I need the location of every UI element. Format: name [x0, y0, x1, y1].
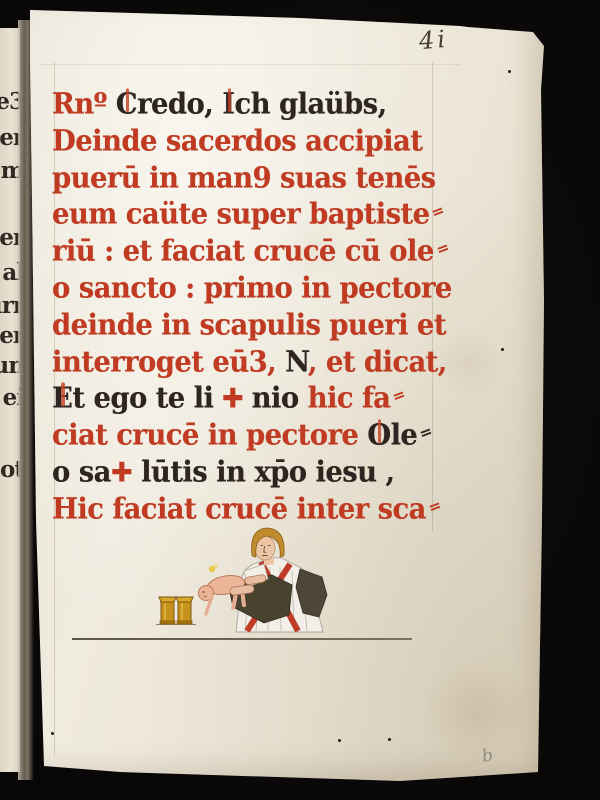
- text-segment: ciat crucē in pectore: [52, 419, 367, 452]
- text-segment: I: [222, 85, 234, 123]
- facing-page-text-fragment: ot: [0, 456, 20, 483]
- text-segment: o sancto : primo in pectore: [52, 271, 452, 304]
- text-block: Rnº Credo, Ich glaübs,Deinde sacerdos ac…: [52, 86, 472, 528]
- ruling-line-top: [40, 64, 460, 65]
- line-filler: =: [414, 412, 439, 453]
- text-segment: ch glaübs,: [234, 87, 386, 120]
- pricking-dot: [388, 738, 391, 741]
- parchment-stain: [424, 658, 534, 768]
- pricking-dot: [338, 739, 341, 742]
- chrism-flame: [209, 564, 218, 572]
- text-segment: riū : et faciat crucē cū ole: [52, 235, 434, 268]
- text-segment: deinde in scapulis pueri et: [52, 308, 446, 341]
- line-filler: =: [426, 192, 451, 233]
- text-segment: O: [367, 416, 390, 454]
- folio-number: 4i: [418, 25, 449, 55]
- manuscript-line: interroget eū3, N, et dicat,: [52, 343, 472, 381]
- cross-symbol: ✚: [111, 457, 132, 488]
- text-segment: N: [285, 345, 308, 378]
- text-segment: le: [391, 419, 418, 452]
- text-segment: o sa: [52, 455, 111, 488]
- text-segment: lūtis in xp̄o iesu ,: [132, 455, 394, 488]
- chrism-vessels: [156, 597, 196, 625]
- text-segment: E: [52, 380, 72, 418]
- text-segment: Rnº: [52, 87, 116, 120]
- facing-page-text-fragment: er: [0, 124, 20, 151]
- facing-page-edge: e3ermheralurrheruneiot: [0, 28, 20, 772]
- manuscript-photo: { "page": { "folio_number": "4i", "penci…: [0, 0, 600, 800]
- facing-page-text-fragment: e3: [0, 88, 20, 115]
- text-segment: , et dicat,: [308, 345, 447, 378]
- text-segment: puerū in man9 suas tenēs: [52, 161, 436, 194]
- manuscript-line: Et ego te li ✚ nio hic fa=: [52, 380, 472, 418]
- priest-figure: [199, 528, 328, 632]
- pricking-dot: [51, 732, 54, 735]
- manuscript-line: deinde in scapulis pueri et: [52, 306, 472, 344]
- text-segment: interroget eū3,: [52, 345, 285, 378]
- facing-page-text-fragment: her: [0, 224, 20, 251]
- text-segment: t ego te li: [72, 382, 213, 415]
- manuscript-line: puerū in man9 suas tenēs: [52, 159, 472, 197]
- illustration-priest-baptism: [150, 527, 350, 633]
- manuscript-line: Hic faciat crucē inter sca=: [52, 490, 472, 528]
- pricking-dot: [501, 348, 504, 351]
- manuscript-page: 4i b Rnº Credo, Ich glaübs,Deinde sacerd…: [24, 8, 546, 784]
- manuscript-line: Deinde sacerdos accipiat: [52, 122, 472, 160]
- line-filler: =: [423, 486, 448, 527]
- text-segment: Hic faciat crucē inter sca: [52, 492, 426, 525]
- chrism-vessel: [159, 597, 176, 624]
- text-segment: redo,: [137, 87, 222, 120]
- manuscript-line: eum caüte super baptiste=: [52, 196, 472, 234]
- chrism-vessel: [176, 597, 193, 624]
- text-segment: eum caüte super baptiste: [52, 198, 429, 231]
- manuscript-line: o sancto : primo in pectore: [52, 269, 472, 307]
- manuscript-line: ciat crucē in pectore Ole=: [52, 416, 472, 454]
- manuscript-line: o sa✚ lūtis in xp̄o iesu ,: [52, 453, 472, 491]
- manuscript-line: Rnº Credo, Ich glaübs,: [52, 85, 472, 123]
- text-segment: C: [116, 85, 137, 123]
- manuscript-line: riū : et faciat crucē cū ole=: [52, 232, 472, 270]
- pricking-dot: [508, 70, 511, 73]
- line-filler: =: [431, 228, 456, 269]
- facing-page-text-fragment: her: [0, 322, 20, 349]
- text-segment: nio: [252, 382, 308, 415]
- text-segment: Deinde sacerdos accipiat: [52, 124, 422, 157]
- text-segment: hic fa: [308, 382, 391, 415]
- pencil-mark: b: [480, 745, 494, 767]
- cross-symbol: ✚: [213, 384, 251, 415]
- table-line: [72, 638, 412, 640]
- facing-page-text-fragment: urr: [0, 292, 20, 319]
- line-filler: =: [387, 376, 412, 417]
- facing-page-text-fragment: un: [0, 352, 20, 379]
